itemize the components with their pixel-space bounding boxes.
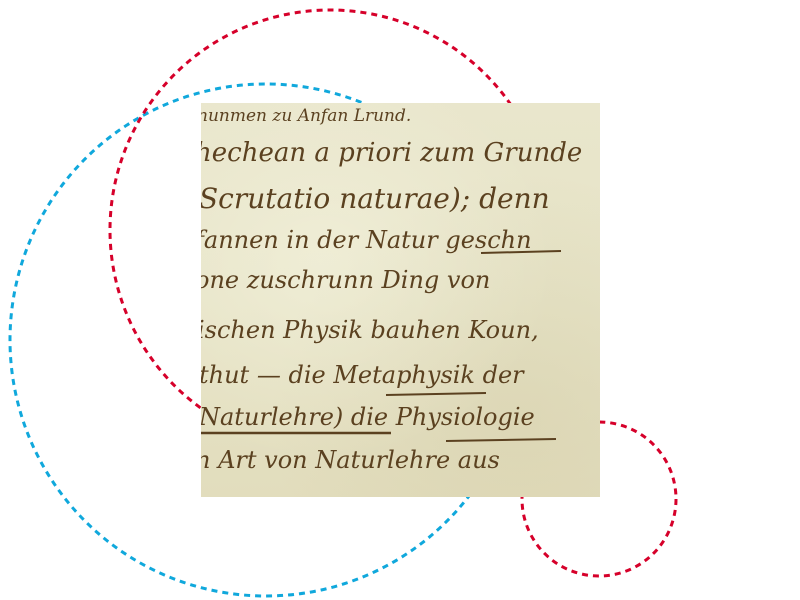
manuscript-line: fannen in der Natur geschn [201, 226, 532, 254]
handwriting: nunmen zu Anfan Lrund. hechean a priori … [201, 103, 600, 497]
manuscript-line: hechean a priori zum Grunde [201, 138, 582, 168]
underline [446, 439, 556, 441]
manuscript-image: nunmen zu Anfan Lrund. hechean a priori … [201, 103, 600, 497]
manuscript-line: one zuschrunn Ding von [201, 266, 490, 294]
figure-canvas: nunmen zu Anfan Lrund. hechean a priori … [0, 0, 800, 600]
manuscript-line: Naturlehre) die Physiologie [201, 403, 535, 431]
manuscript-line: nunmen zu Anfan Lrund. [201, 106, 411, 126]
manuscript-line: n Art von Naturlehre aus [201, 446, 500, 474]
manuscript-line: thut — die Metaphysik der [201, 361, 525, 389]
manuscript-line: ischen Physik bauhen Koun, [201, 316, 539, 344]
underline [386, 393, 486, 395]
manuscript-line: Scrutatio naturae); denn [201, 182, 550, 215]
